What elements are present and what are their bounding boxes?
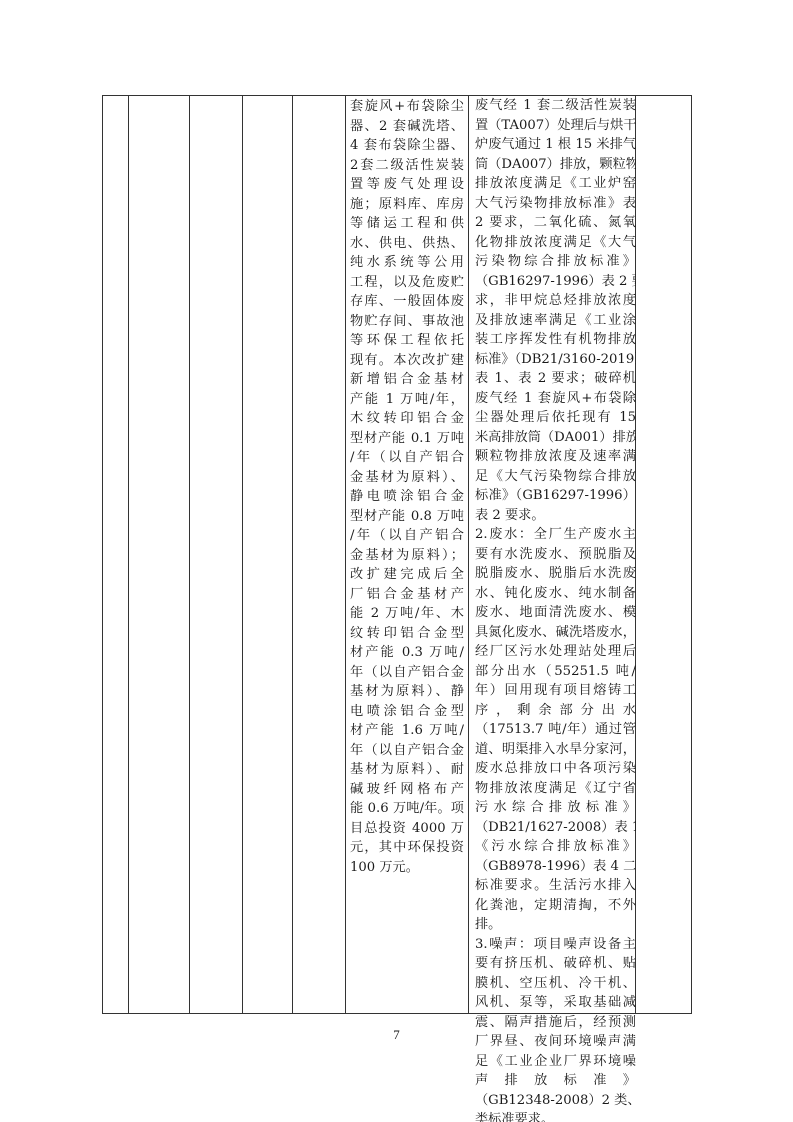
- text-line: /年（以自产铝合: [350, 448, 464, 468]
- text-line: 废水、地面清洗废水、模: [475, 603, 636, 623]
- text-line: 经厂区污水处理站处理后: [475, 642, 636, 662]
- column-divider: [345, 96, 346, 1013]
- text-line: 标准》（GB16297-1996）: [475, 486, 636, 506]
- text-line: 物贮存间、事故池: [350, 312, 464, 332]
- text-line: 标准要求。生活污水排入: [475, 876, 636, 896]
- column-divider: [189, 96, 190, 1013]
- text-line: 木纹转印铝合金: [350, 409, 464, 429]
- text-line: 改扩建完成后全: [350, 565, 464, 585]
- text-line: 4 套布袋除尘器、: [350, 136, 464, 156]
- text-line: 金基材为原料）、: [350, 468, 464, 488]
- text-line: 水、供电、供热、: [350, 234, 464, 254]
- text-line: 目总投资 4000 万: [350, 819, 464, 839]
- text-line: 纯水系统等公用: [350, 253, 464, 273]
- text-line: 物排放浓度满足《辽宁省: [475, 779, 636, 799]
- text-line: 基材为原料）、静: [350, 682, 464, 702]
- column-divider: [468, 96, 469, 1013]
- environmental-measures-cell: 废气经 1 套二级活性炭装置（TA007）处理后与烘干炉废气通过 1 根 15 …: [475, 96, 636, 1122]
- text-line: 现有。本次改扩建: [350, 351, 464, 371]
- text-line: 部分出水（55251.5 吨/: [475, 662, 636, 682]
- text-line: 存库、一般固体废: [350, 292, 464, 312]
- text-line: 排。: [475, 915, 636, 935]
- text-line: 元，其中环保投资: [350, 838, 464, 858]
- text-line: 等环保工程依托: [350, 331, 464, 351]
- text-line: （GB16297-1996）表 2 要: [475, 272, 636, 292]
- text-line: 炉废气通过 1 根 15 米排气: [475, 135, 636, 155]
- column-divider: [128, 96, 129, 1013]
- text-line: 年（以自产铝合金: [350, 741, 464, 761]
- text-line: 米高排放筒（DA001）排放，: [475, 428, 636, 448]
- project-info-table: 套旋风+布袋除尘器、2 套碱洗塔、4 套布袋除尘器、2套二级活性炭装置等废气处理…: [102, 95, 692, 1014]
- text-line: 废水总排放口中各项污染: [475, 759, 636, 779]
- text-line: 器、2 套碱洗塔、: [350, 117, 464, 137]
- text-line: 足《大气污染物综合排放: [475, 467, 636, 487]
- page-number: 7: [0, 1027, 793, 1043]
- text-line: 筒（DA007）排放，颗粒物: [475, 155, 636, 175]
- text-line: 2套二级活性炭装: [350, 156, 464, 176]
- text-line: 年）回用现有项目熔铸工: [475, 681, 636, 701]
- text-line: 电喷涂铝合金型: [350, 702, 464, 722]
- text-line: 施；原料库、库房: [350, 195, 464, 215]
- text-line: 标准》（DB21/3160-2019）: [475, 350, 636, 370]
- text-line: 金基材为原料）；: [350, 546, 464, 566]
- text-line: 化粪池，定期清掏，不外: [475, 896, 636, 916]
- text-line: 及排放速率满足《工业涂: [475, 311, 636, 331]
- text-line: 置（TA007）处理后与烘干: [475, 116, 636, 136]
- text-line: 100 万元。: [350, 858, 464, 878]
- text-line: 颗粒物排放浓度及速率满: [475, 447, 636, 467]
- column-divider: [292, 96, 293, 1013]
- text-line: 水、钝化废水、纯水制备: [475, 584, 636, 604]
- text-line: （17513.7 吨/年）通过管: [475, 720, 636, 740]
- text-line: 新增铝合金基材: [350, 370, 464, 390]
- project-description-cell: 套旋风+布袋除尘器、2 套碱洗塔、4 套布袋除尘器、2套二级活性炭装置等废气处理…: [350, 96, 464, 877]
- text-line: 表 1、表 2 要求；破碎机: [475, 369, 636, 389]
- text-line: 类标准要求。: [475, 1110, 636, 1122]
- text-line: 要有水洗废水、预脱脂及: [475, 545, 636, 565]
- document-page: 套旋风+布袋除尘器、2 套碱洗塔、4 套布袋除尘器、2套二级活性炭装置等废气处理…: [0, 0, 793, 1122]
- text-line: 求，非甲烷总烃排放浓度: [475, 291, 636, 311]
- text-line: 产能 1 万吨/年，: [350, 390, 464, 410]
- text-line: 要有挤压机、破碎机、贴: [475, 954, 636, 974]
- text-line: 大气污染物排放标准》表: [475, 194, 636, 214]
- text-line: 声排放标准》: [475, 1071, 636, 1091]
- text-line: 年（以自产铝合金: [350, 663, 464, 683]
- text-line: 足《工业企业厂界环境噪: [475, 1052, 636, 1072]
- text-line: 表 2 要求。: [475, 506, 636, 526]
- text-line: 装工序挥发性有机物排放: [475, 330, 636, 350]
- text-line: 套旋风+布袋除尘: [350, 97, 464, 117]
- column-divider: [242, 96, 243, 1013]
- text-line: 能 0.6 万吨/年。项: [350, 799, 464, 819]
- text-line: 3.噪声：项目噪声设备主: [475, 935, 636, 955]
- text-line: /年（以自产铝合: [350, 526, 464, 546]
- text-line: 污染物综合排放标准》: [475, 252, 636, 272]
- text-line: 脱脂废水、脱脂后水洗废: [475, 564, 636, 584]
- text-line: （GB12348-2008）2 类、4: [475, 1091, 636, 1111]
- text-line: 置等废气处理设: [350, 175, 464, 195]
- text-line: 2.废水：全厂生产废水主: [475, 525, 636, 545]
- text-line: 具氮化废水、碱洗塔废水，: [475, 623, 636, 643]
- text-line: （GB8978-1996）表 4 二级: [475, 857, 636, 877]
- text-line: 污水综合排放标准》: [475, 798, 636, 818]
- text-line: 型材产能 0.1 万吨: [350, 429, 464, 449]
- text-line: 尘器处理后依托现有 15: [475, 408, 636, 428]
- text-line: 材产能 1.6 万吨/: [350, 721, 464, 741]
- text-line: 《污水综合排放标准》: [475, 837, 636, 857]
- text-line: 化物排放浓度满足《大气: [475, 233, 636, 253]
- text-line: 能 2 万吨/年、木: [350, 604, 464, 624]
- text-line: 2 要求，二氧化硫、氮氧: [475, 213, 636, 233]
- text-line: 排放浓度满足《工业炉窑: [475, 174, 636, 194]
- text-line: 碱玻纤网格布产: [350, 780, 464, 800]
- text-line: 型材产能 0.8 万吨: [350, 507, 464, 527]
- text-line: 废气经 1 套旋风+布袋除: [475, 389, 636, 409]
- text-line: 道、明渠排入水旱分家河，: [475, 740, 636, 760]
- text-line: 纹转印铝合金型: [350, 624, 464, 644]
- text-line: 风机、泵等，采取基础减: [475, 993, 636, 1013]
- text-line: 材产能 0.3 万吨/: [350, 643, 464, 663]
- text-line: 静电喷涂铝合金: [350, 487, 464, 507]
- text-line: 废气经 1 套二级活性炭装: [475, 96, 636, 116]
- text-line: 基材为原料）、耐: [350, 760, 464, 780]
- text-line: 厂铝合金基材产: [350, 585, 464, 605]
- text-line: 膜机、空压机、冷干机、: [475, 974, 636, 994]
- text-line: 等储运工程和供: [350, 214, 464, 234]
- text-line: 工程，以及危废贮: [350, 273, 464, 293]
- text-line: （DB21/1627-2008）表 1、: [475, 818, 636, 838]
- text-line: 序，剩余部分出水: [475, 701, 636, 721]
